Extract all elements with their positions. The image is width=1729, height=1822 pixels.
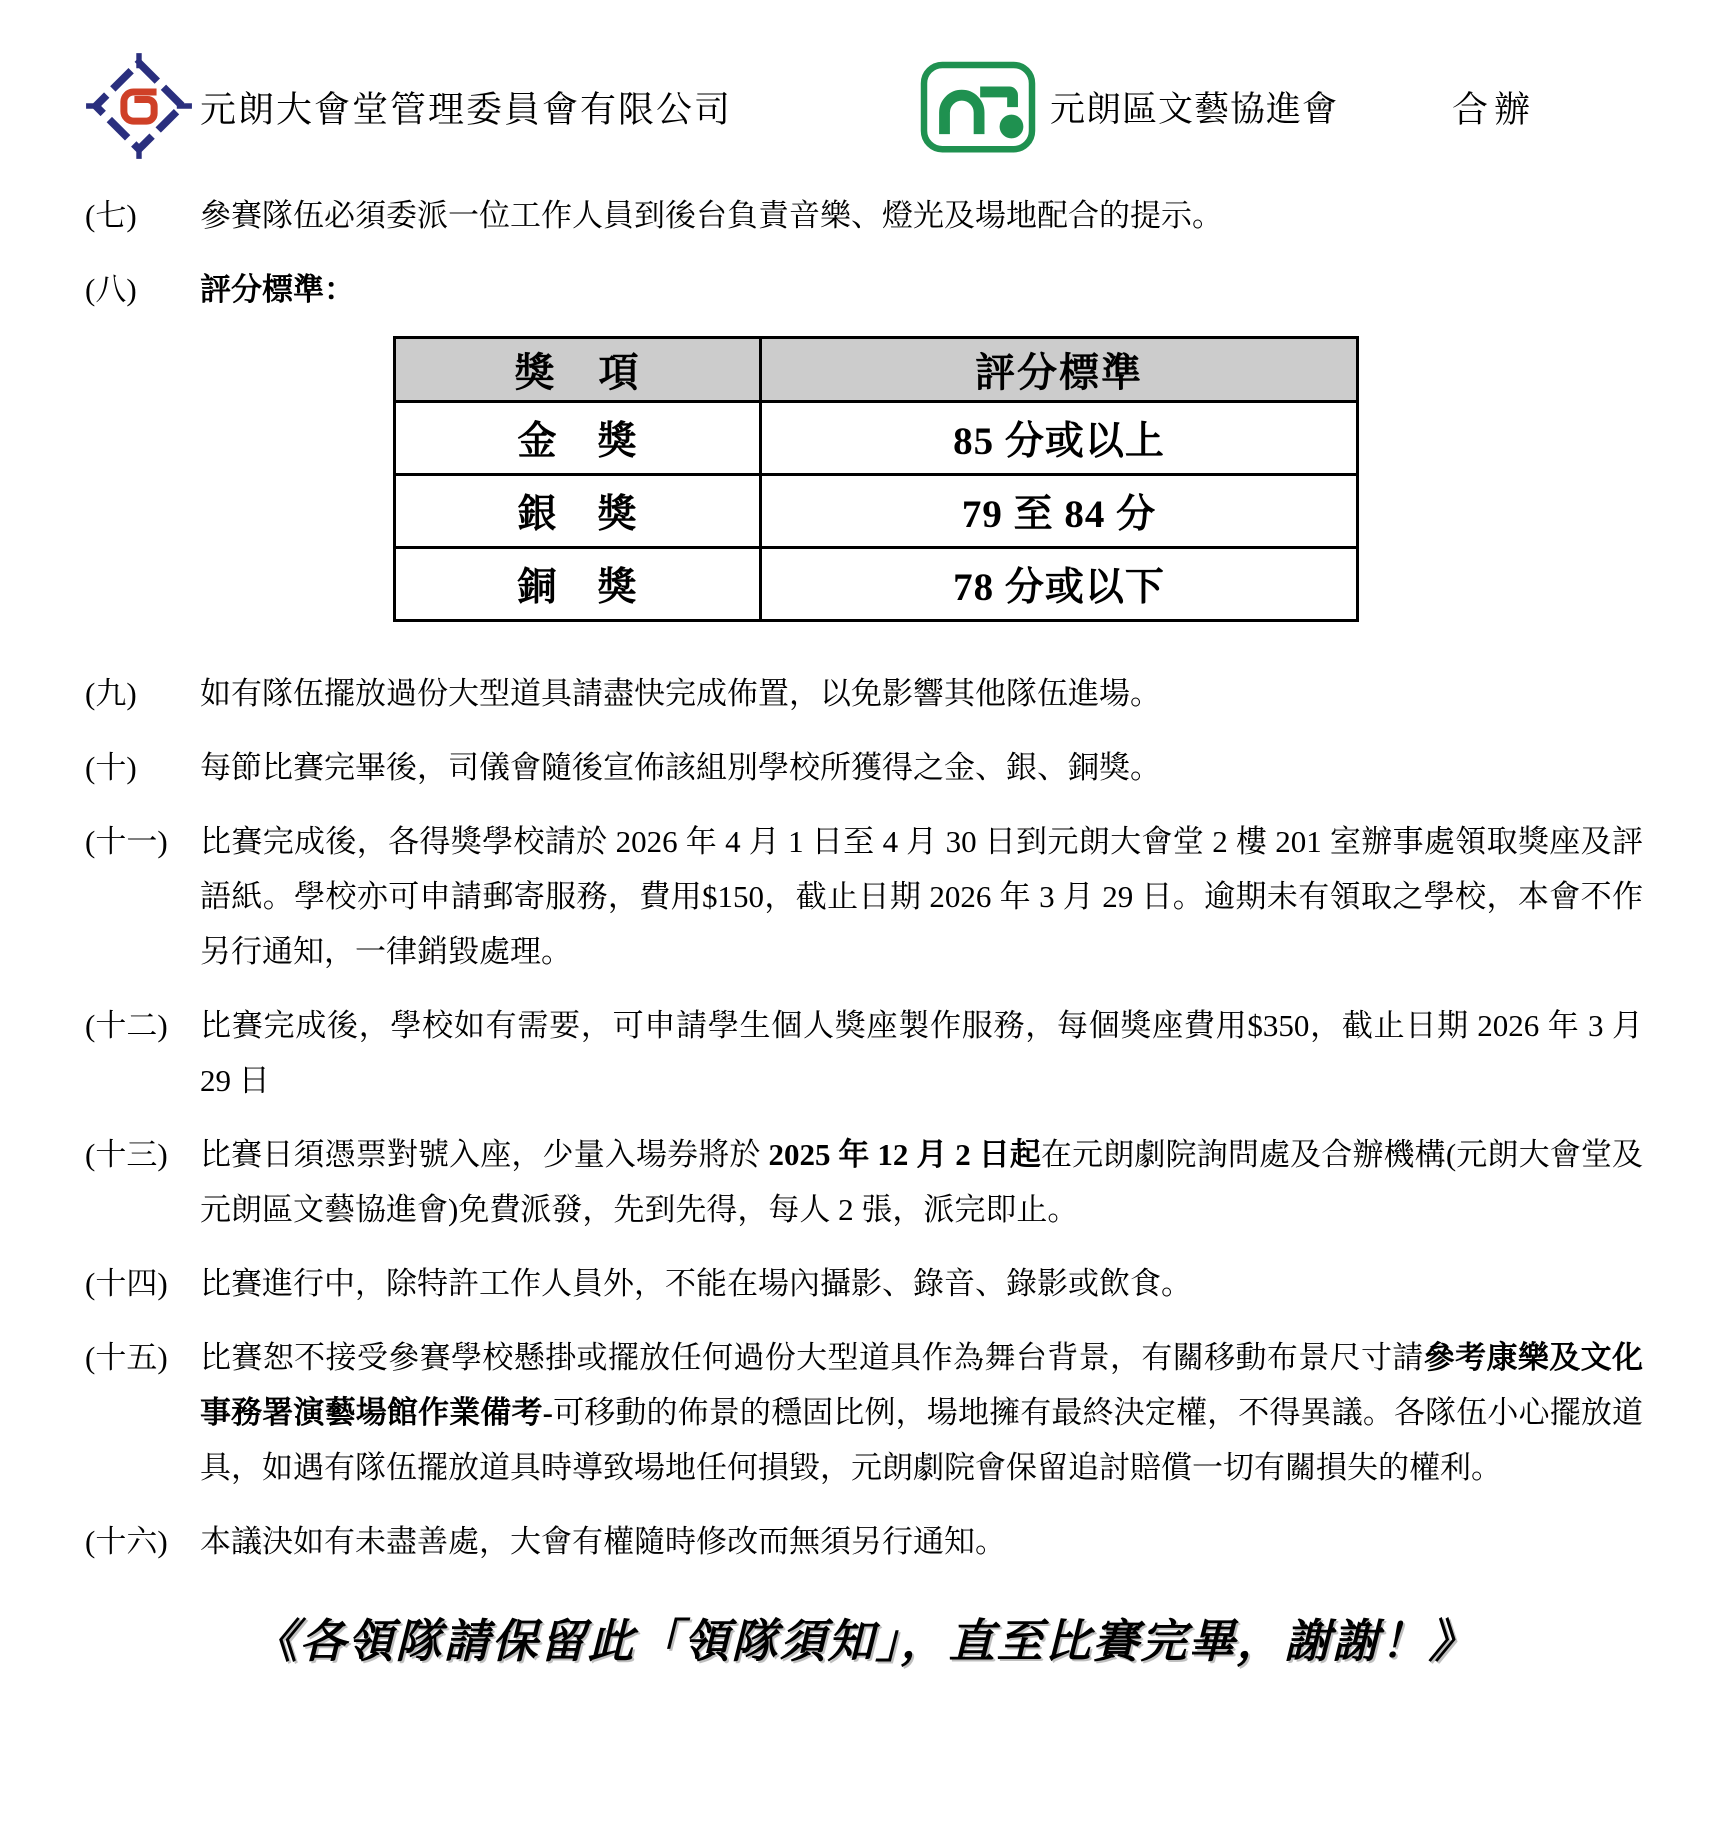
item-text: 每節比賽完畢後，司儀會隨後宣佈該組別學校所獲得之金、銀、銅獎。 bbox=[200, 740, 1643, 795]
item-number: (八) bbox=[85, 262, 200, 317]
notice-item-15: (十五)比賽恕不接受參賽學校懸掛或擺放任何過份大型道具作為舞台背景，有關移動布景… bbox=[85, 1330, 1643, 1495]
notice-content: (七)參賽隊伍必須委派一位工作人員到後台負責音樂、燈光及場地配合的提示。(八)評… bbox=[0, 164, 1729, 1671]
org2-name: 元朗區文藝協進會 bbox=[1050, 82, 1338, 132]
footer-notice: 《各領隊請保留此「領隊須知」，直至比賽完畢，謝謝！》 bbox=[85, 1605, 1643, 1671]
item-number: (七) bbox=[85, 188, 200, 243]
notice-item-8: (八)評分標準： bbox=[85, 262, 1643, 317]
silver-award-cell: 銀 獎 bbox=[395, 475, 761, 548]
header-award: 獎 項 bbox=[395, 338, 761, 402]
header: 元朗大會堂管理委員會有限公司 元朗區文藝協進會 合辦 bbox=[0, 50, 1729, 164]
notice-item-13: (十三)比賽日須憑票對號入座，少量入場券將於 2025 年 12 月 2 日起在… bbox=[85, 1127, 1643, 1237]
notice-list-after-table: (九)如有隊伍擺放過份大型道具請盡快完成佈置，以免影響其他隊伍進場。(十)每節比… bbox=[85, 666, 1643, 1569]
item-number: (十一) bbox=[85, 814, 200, 979]
header-criteria: 評分標準 bbox=[761, 338, 1358, 402]
notice-item-16: (十六)本議決如有未盡善處，大會有權隨時修改而無須另行通知。 bbox=[85, 1514, 1643, 1569]
item-text: 比賽完成後，學校如有需要，可申請學生個人獎座製作服務，每個獎座費用$350，截止… bbox=[200, 998, 1643, 1108]
document-page: 元朗大會堂管理委員會有限公司 元朗區文藝協進會 合辦 (七)參賽隊伍必須委派一位… bbox=[0, 0, 1729, 1822]
table-header-row: 獎 項 評分標準 bbox=[395, 338, 1358, 402]
scoring-table: 獎 項 評分標準 金 獎 85 分或以上 銀 獎 79 至 84 分 銅 獎 7… bbox=[393, 336, 1359, 622]
town-hall-diamond-logo-icon bbox=[85, 52, 193, 160]
item-text: 比賽日須憑票對號入座，少量入場券將於 2025 年 12 月 2 日起在元朗劇院… bbox=[200, 1127, 1643, 1237]
item-number: (十六) bbox=[85, 1514, 200, 1569]
item-number: (十五) bbox=[85, 1330, 200, 1495]
notice-item-14: (十四)比賽進行中，除特許工作人員外，不能在場內攝影、錄音、錄影或飲食。 bbox=[85, 1256, 1643, 1311]
silver-criteria-cell: 79 至 84 分 bbox=[761, 475, 1358, 548]
notice-item-7: (七)參賽隊伍必須委派一位工作人員到後台負責音樂、燈光及場地配合的提示。 bbox=[85, 188, 1643, 243]
item-number: (十二) bbox=[85, 998, 200, 1108]
notice-item-10: (十)每節比賽完畢後，司儀會隨後宣佈該組別學校所獲得之金、銀、銅獎。 bbox=[85, 740, 1643, 795]
notice-item-11: (十一)比賽完成後，各得獎學校請於 2026 年 4 月 1 日至 4 月 30… bbox=[85, 814, 1643, 979]
co-organize-label: 合辦 bbox=[1452, 82, 1536, 133]
item-text: 比賽完成後，各得獎學校請於 2026 年 4 月 1 日至 4 月 30 日到元… bbox=[200, 814, 1643, 979]
arts-association-logo-icon bbox=[918, 52, 1038, 160]
bronze-award-cell: 銅 獎 bbox=[395, 548, 761, 621]
gold-award-cell: 金 獎 bbox=[395, 402, 761, 475]
table-row-gold: 金 獎 85 分或以上 bbox=[395, 402, 1358, 475]
gold-criteria-cell: 85 分或以上 bbox=[761, 402, 1358, 475]
item-text: 比賽進行中，除特許工作人員外，不能在場內攝影、錄音、錄影或飲食。 bbox=[200, 1256, 1643, 1311]
bronze-criteria-cell: 78 分或以下 bbox=[761, 548, 1358, 621]
item-number: (十三) bbox=[85, 1127, 200, 1237]
table-row-bronze: 銅 獎 78 分或以下 bbox=[395, 548, 1358, 621]
item-text: 評分標準： bbox=[200, 262, 1643, 317]
org1-name: 元朗大會堂管理委員會有限公司 bbox=[200, 82, 732, 133]
item-text: 比賽恕不接受參賽學校懸掛或擺放任何過份大型道具作為舞台背景，有關移動布景尺寸請參… bbox=[200, 1330, 1643, 1495]
item-text: 如有隊伍擺放過份大型道具請盡快完成佈置，以免影響其他隊伍進場。 bbox=[200, 666, 1643, 721]
item-text: 參賽隊伍必須委派一位工作人員到後台負責音樂、燈光及場地配合的提示。 bbox=[200, 188, 1643, 243]
table-row-silver: 銀 獎 79 至 84 分 bbox=[395, 475, 1358, 548]
item-number: (十四) bbox=[85, 1256, 200, 1311]
notice-item-9: (九)如有隊伍擺放過份大型道具請盡快完成佈置，以免影響其他隊伍進場。 bbox=[85, 666, 1643, 721]
item-number: (十) bbox=[85, 740, 200, 795]
item-text: 本議決如有未盡善處，大會有權隨時修改而無須另行通知。 bbox=[200, 1514, 1643, 1569]
item-number: (九) bbox=[85, 666, 200, 721]
notice-item-12: (十二)比賽完成後，學校如有需要，可申請學生個人獎座製作服務，每個獎座費用$35… bbox=[85, 998, 1643, 1108]
notice-list-before-table: (七)參賽隊伍必須委派一位工作人員到後台負責音樂、燈光及場地配合的提示。(八)評… bbox=[85, 188, 1643, 317]
